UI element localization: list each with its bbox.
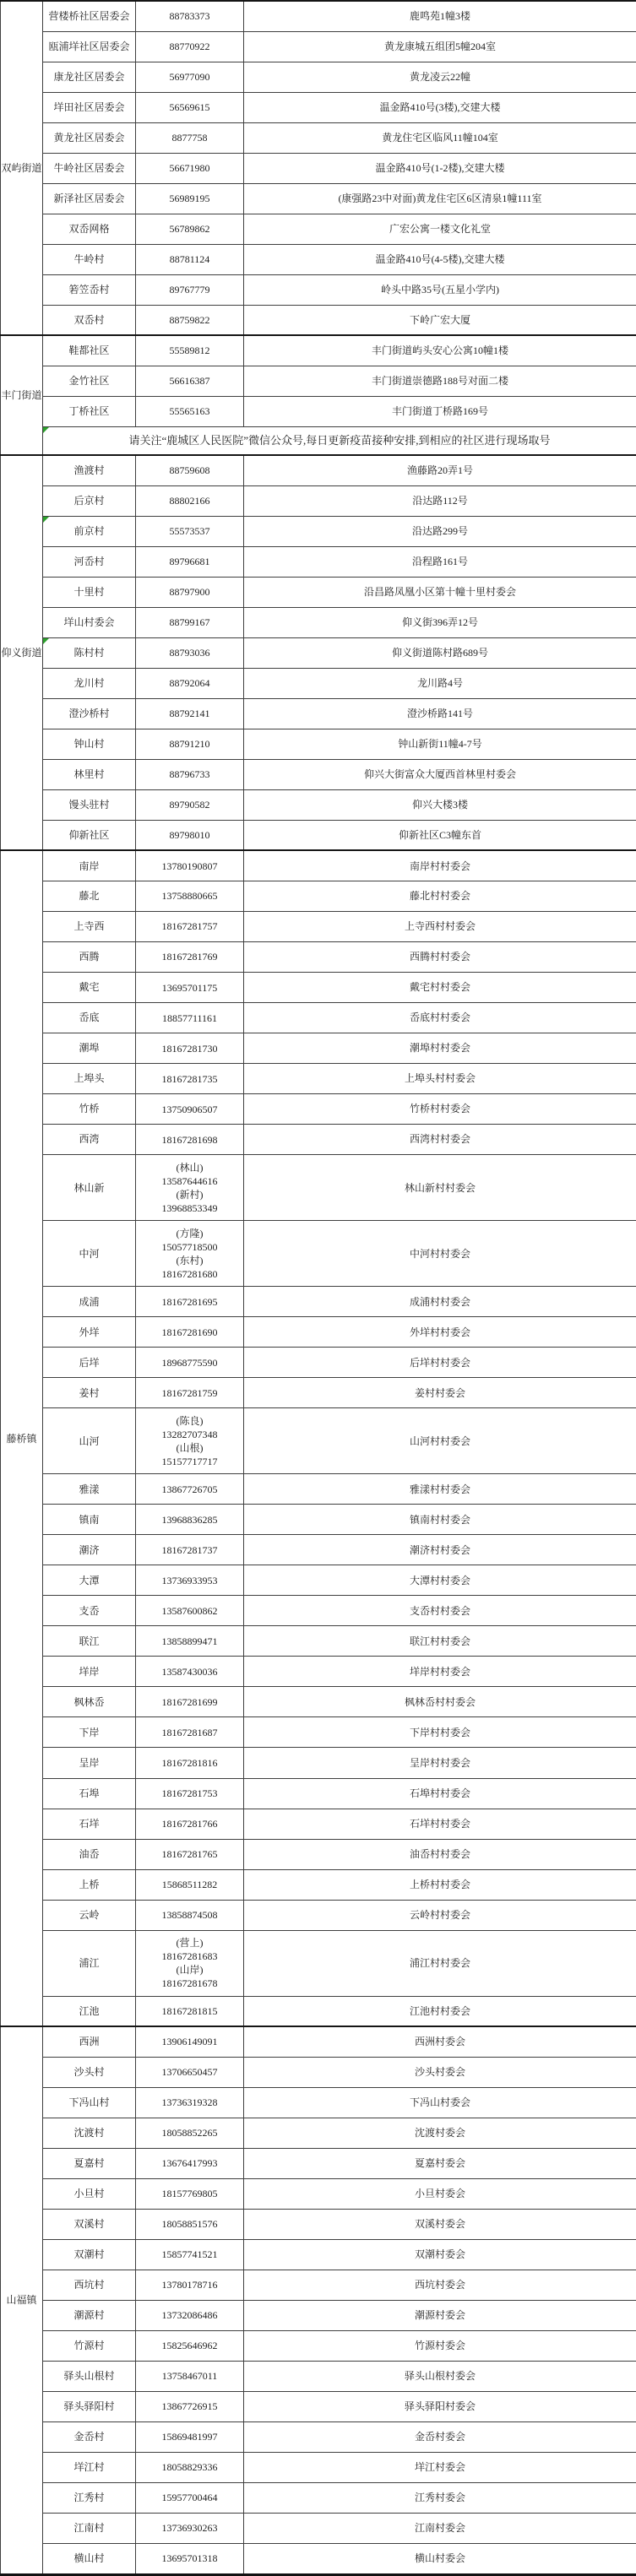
error-indicator-triangle-icon bbox=[43, 517, 49, 523]
name-cell: 双岙网格 bbox=[43, 214, 136, 244]
table-row: 竹桥13750906507竹桥村村委会 bbox=[1, 1094, 636, 1125]
name-cell: 西坑村 bbox=[43, 2270, 136, 2300]
phone-cell: 18058851576 bbox=[136, 2209, 244, 2239]
table-row: 前京村55573537沿达路299号 bbox=[1, 516, 636, 546]
name-cell: 竹源村 bbox=[43, 2330, 136, 2361]
name-cell: 小旦村 bbox=[43, 2178, 136, 2209]
phone-cell: 88770922 bbox=[136, 31, 244, 62]
name-cell: 岙底 bbox=[43, 1003, 136, 1033]
vaccination-contact-sheet: 双屿街道营楼桥社区居委会88783373鹿鸣苑1幢3楼瓯浦垟社区居委会88770… bbox=[0, 0, 636, 2576]
table-row: 山河(陈良)13282707348(山根)15157717717山河村村委会 bbox=[1, 1408, 636, 1474]
phone-cell: 18167281769 bbox=[136, 941, 244, 972]
table-row: 藤北13758880665藤北村村委会 bbox=[1, 881, 636, 911]
table-row: 河岙村89796681沿程路161号 bbox=[1, 546, 636, 577]
phone-cell: 13867726915 bbox=[136, 2391, 244, 2421]
table-row: 丰门街道鞋都社区55589812丰门街道屿头安心公寓10幢1楼 bbox=[1, 335, 636, 366]
table-row: 仰新社区89798010仰新社区C3幢东首 bbox=[1, 820, 636, 850]
phone-cell: 18167281699 bbox=[136, 1687, 244, 1717]
name-cell: 江池 bbox=[43, 1996, 136, 2026]
phone-cell: 15825646962 bbox=[136, 2330, 244, 2361]
phone-cell: 13695701175 bbox=[136, 973, 244, 1003]
name-cell: 上寺西 bbox=[43, 911, 136, 941]
table-row: 新泽社区居委会56989195(康强路23中对面)黄龙住宅区6区清泉1幢111室 bbox=[1, 183, 636, 214]
name-cell: 上埠头 bbox=[43, 1064, 136, 1094]
address-cell: 温金路410号(1-2楼),交建大楼 bbox=[244, 153, 636, 183]
phone-cell: 56616387 bbox=[136, 366, 244, 396]
phone-cell: 18167281730 bbox=[136, 1033, 244, 1064]
address-cell: 上桥村村委会 bbox=[244, 1869, 636, 1900]
table-row: 瓯浦垟社区居委会88770922黄龙康城五组团5幢204室 bbox=[1, 31, 636, 62]
name-cell: 潮济 bbox=[43, 1535, 136, 1565]
name-cell: 大潭 bbox=[43, 1565, 136, 1596]
phone-cell: 88759608 bbox=[136, 455, 244, 485]
table-row: 垟山村委会88799167仰义街396弄12号 bbox=[1, 607, 636, 637]
address-cell: 石垟村村委会 bbox=[244, 1809, 636, 1839]
address-cell: 竹桥村村委会 bbox=[244, 1094, 636, 1125]
phone-cell: 89790582 bbox=[136, 789, 244, 820]
table-row: 支岙13587600862支岙村村委会 bbox=[1, 1596, 636, 1626]
address-cell: 姜村村委会 bbox=[244, 1378, 636, 1408]
phone-cell: (营上)18167281683(山岸)18167281678 bbox=[136, 1930, 244, 1996]
table-row: 横山村13695701318横山村委会 bbox=[1, 2543, 636, 2574]
address-cell: 黄龙凌云22幢 bbox=[244, 62, 636, 92]
table-row: 岙底18857711161岙底村村委会 bbox=[1, 1003, 636, 1033]
phone-cell: 88781124 bbox=[136, 244, 244, 274]
phone-cell: 13587600862 bbox=[136, 1596, 244, 1626]
table-row: 江南村13736930263江南村委会 bbox=[1, 2513, 636, 2543]
name-cell: 鞋都社区 bbox=[43, 335, 136, 366]
table-row: 戴宅13695701175戴宅村村委会 bbox=[1, 973, 636, 1003]
address-cell: 仰新社区C3幢东首 bbox=[244, 820, 636, 850]
name-cell: 垟岸 bbox=[43, 1657, 136, 1687]
table-row: 西坑村13780178716西坑村委会 bbox=[1, 2270, 636, 2300]
table-row: 外垟18167281690外垟村村委会 bbox=[1, 1317, 636, 1348]
table-row: 潮济18167281737潮济村村委会 bbox=[1, 1535, 636, 1565]
address-cell: 大潭村村委会 bbox=[244, 1565, 636, 1596]
address-cell: 驿头山根村委会 bbox=[244, 2361, 636, 2391]
phone-cell: 89767779 bbox=[136, 274, 244, 305]
name-cell: 横山村 bbox=[43, 2543, 136, 2574]
address-cell: 潮埠村村委会 bbox=[244, 1033, 636, 1064]
phone-cell: 15869481997 bbox=[136, 2421, 244, 2452]
address-cell: 钟山新街11幢4-7号 bbox=[244, 729, 636, 759]
phone-cell: (林山)13587644616(新村)13968853349 bbox=[136, 1155, 244, 1221]
phone-cell: 13732086486 bbox=[136, 2300, 244, 2330]
name-cell: 十里村 bbox=[43, 577, 136, 607]
phone-cell: 88797900 bbox=[136, 577, 244, 607]
name-cell: 牛岭村 bbox=[43, 244, 136, 274]
name-cell: 江南村 bbox=[43, 2513, 136, 2543]
address-cell: 浦江村村委会 bbox=[244, 1930, 636, 1996]
name-cell: 牛岭社区居委会 bbox=[43, 153, 136, 183]
table-row: 后京村88802166沿达路112号 bbox=[1, 485, 636, 516]
address-cell: 驿头驿阳村委会 bbox=[244, 2391, 636, 2421]
table-row: 垟田社区居委会56569615温金路410号(3楼),交建大楼 bbox=[1, 92, 636, 122]
phone-cell: 13758880665 bbox=[136, 881, 244, 911]
address-cell: 沿昌路凤凰小区第十幢十里村委会 bbox=[244, 577, 636, 607]
table-row: 竹源村15825646962竹源村委会 bbox=[1, 2330, 636, 2361]
name-cell: 竹桥 bbox=[43, 1094, 136, 1125]
name-cell: 垟田社区居委会 bbox=[43, 92, 136, 122]
phone-cell: 18167281695 bbox=[136, 1287, 244, 1317]
group-cell: 丰门街道 bbox=[1, 335, 43, 455]
address-cell: 温金路410号(4-5楼),交建大楼 bbox=[244, 244, 636, 274]
address-cell: 沈渡村委会 bbox=[244, 2118, 636, 2148]
table-row: 姜村18167281759姜村村委会 bbox=[1, 1378, 636, 1408]
address-cell: 上埠头村村委会 bbox=[244, 1064, 636, 1094]
table-row: 江池18167281815江池村村委会 bbox=[1, 1996, 636, 2026]
address-cell: 丰门街道屿头安心公寓10幢1楼 bbox=[244, 335, 636, 366]
address-cell: 云岭村村委会 bbox=[244, 1900, 636, 1930]
table-row: 后垟18968775590后垟村村委会 bbox=[1, 1348, 636, 1378]
name-cell: 西湾 bbox=[43, 1125, 136, 1155]
name-cell: 渔渡村 bbox=[43, 455, 136, 485]
table-row: 沈渡村18058852265沈渡村委会 bbox=[1, 2118, 636, 2148]
table-row: 龙川村88792064龙川路4号 bbox=[1, 668, 636, 698]
address-cell: 下岸村村委会 bbox=[244, 1717, 636, 1748]
phone-cell: 13736933953 bbox=[136, 1565, 244, 1596]
table-row: 垟江村18058829336垟江村委会 bbox=[1, 2452, 636, 2482]
phone-cell: 13736930263 bbox=[136, 2513, 244, 2543]
table-row: 西腾18167281769西腾村村委会 bbox=[1, 941, 636, 972]
name-cell: 沈渡村 bbox=[43, 2118, 136, 2148]
name-cell: 石垟 bbox=[43, 1809, 136, 1839]
table-row: 钟山村88791210钟山新街11幢4-7号 bbox=[1, 729, 636, 759]
table-row: 小旦村18157769805小旦村委会 bbox=[1, 2178, 636, 2209]
address-cell: 油岙村村委会 bbox=[244, 1839, 636, 1869]
table-row: 双岙村88759822下岭广宏大厦 bbox=[1, 305, 636, 335]
error-indicator-triangle-icon bbox=[43, 638, 49, 644]
table-row: 油岙18167281765油岙村村委会 bbox=[1, 1839, 636, 1869]
phone-cell: 13780190807 bbox=[136, 850, 244, 881]
address-cell: 竹源村委会 bbox=[244, 2330, 636, 2361]
phone-cell: 18167281815 bbox=[136, 1996, 244, 2026]
name-cell: 后垟 bbox=[43, 1348, 136, 1378]
table-row: 镇南13968836285镇南村村委会 bbox=[1, 1505, 636, 1535]
name-cell: 箬笠岙村 bbox=[43, 274, 136, 305]
table-row: 中河(方隆)15057718500(东村)18167281680中河村村委会 bbox=[1, 1221, 636, 1287]
table-row: 驿头山根村13758467011驿头山根村委会 bbox=[1, 2361, 636, 2391]
address-cell: 鹿鸣苑1幢3楼 bbox=[244, 1, 636, 31]
address-cell: 下岭广宏大厦 bbox=[244, 305, 636, 335]
name-cell: 垟山村委会 bbox=[43, 607, 136, 637]
table-row: 箬笠岙村89767779岭头中路35号(五星小学内) bbox=[1, 274, 636, 305]
phone-cell: 88792141 bbox=[136, 698, 244, 729]
table-row: 林里村88796733仰兴大街富众大厦西首林里村委会 bbox=[1, 759, 636, 789]
address-cell: 岙底村村委会 bbox=[244, 1003, 636, 1033]
address-cell: 枫林岙村村委会 bbox=[244, 1687, 636, 1717]
name-cell: 驿头山根村 bbox=[43, 2361, 136, 2391]
table-row: 成浦18167281695成浦村村委会 bbox=[1, 1287, 636, 1317]
address-cell: 丰门街道丁桥路169号 bbox=[244, 396, 636, 426]
name-cell: 支岙 bbox=[43, 1596, 136, 1626]
phone-cell: 18167281816 bbox=[136, 1748, 244, 1778]
name-cell: 双潮村 bbox=[43, 2239, 136, 2270]
address-cell: 温金路410号(3楼),交建大楼 bbox=[244, 92, 636, 122]
address-cell: 江南村委会 bbox=[244, 2513, 636, 2543]
phone-cell: 13736319328 bbox=[136, 2087, 244, 2118]
address-cell: 藤北村村委会 bbox=[244, 881, 636, 911]
name-cell: 沙头村 bbox=[43, 2057, 136, 2087]
table-row: 西湾18167281698西湾村村委会 bbox=[1, 1125, 636, 1155]
table-row: 夏嘉村13676417993夏嘉村委会 bbox=[1, 2148, 636, 2178]
name-cell: 澄沙桥村 bbox=[43, 698, 136, 729]
name-cell: 藤北 bbox=[43, 881, 136, 911]
name-cell: 驿头驿阳村 bbox=[43, 2391, 136, 2421]
name-cell: 雅漾 bbox=[43, 1474, 136, 1505]
table-row: 金岙村15869481997金岙村委会 bbox=[1, 2421, 636, 2452]
phone-cell: 18167281766 bbox=[136, 1809, 244, 1839]
phone-cell: 18058852265 bbox=[136, 2118, 244, 2148]
phone-cell: 18167281737 bbox=[136, 1535, 244, 1565]
name-cell: 营楼桥社区居委会 bbox=[43, 1, 136, 31]
table-row: 陈村村88793036仰义街道陈村路689号 bbox=[1, 637, 636, 668]
address-cell: 仰兴大街富众大厦西首林里村委会 bbox=[244, 759, 636, 789]
address-cell: 西腾村村委会 bbox=[244, 941, 636, 972]
phone-cell: 15868511282 bbox=[136, 1869, 244, 1900]
name-cell: 龙川村 bbox=[43, 668, 136, 698]
name-cell: 钟山村 bbox=[43, 729, 136, 759]
name-cell: 新泽社区居委会 bbox=[43, 183, 136, 214]
address-cell: 石埠村村委会 bbox=[244, 1778, 636, 1809]
table-row: 牛岭村88781124温金路410号(4-5楼),交建大楼 bbox=[1, 244, 636, 274]
phone-cell: 18157769805 bbox=[136, 2178, 244, 2209]
address-cell: 上寺西村村委会 bbox=[244, 911, 636, 941]
name-cell: 潮埠 bbox=[43, 1033, 136, 1064]
name-cell: 山河 bbox=[43, 1408, 136, 1474]
address-cell: 雅漾村村委会 bbox=[244, 1474, 636, 1505]
address-cell: 双潮村委会 bbox=[244, 2239, 636, 2270]
address-cell: 镇南村村委会 bbox=[244, 1505, 636, 1535]
phone-cell: 88799167 bbox=[136, 607, 244, 637]
phone-cell: 88796733 bbox=[136, 759, 244, 789]
name-cell: 枫林岙 bbox=[43, 1687, 136, 1717]
address-cell: 金岙村委会 bbox=[244, 2421, 636, 2452]
phone-cell: 56671980 bbox=[136, 153, 244, 183]
address-cell: 外垟村村委会 bbox=[244, 1317, 636, 1348]
name-cell: 金竹社区 bbox=[43, 366, 136, 396]
address-cell: 双溪村委会 bbox=[244, 2209, 636, 2239]
phone-cell: 13968836285 bbox=[136, 1505, 244, 1535]
phone-cell: (陈良)13282707348(山根)15157717717 bbox=[136, 1408, 244, 1474]
address-cell: 沿达路299号 bbox=[244, 516, 636, 546]
phone-cell: 13858874508 bbox=[136, 1900, 244, 1930]
table-row: 康龙社区居委会56977090黄龙凌云22幢 bbox=[1, 62, 636, 92]
table-row: 上埠头18167281735上埠头村村委会 bbox=[1, 1064, 636, 1094]
name-cell: 油岙 bbox=[43, 1839, 136, 1869]
table-row: 潮源村13732086486潮源村委会 bbox=[1, 2300, 636, 2330]
address-cell: 澄沙桥路141号 bbox=[244, 698, 636, 729]
table-row: 仰义街道渔渡村88759608渔藤路20弄1号 bbox=[1, 455, 636, 485]
table-row: 双溪村18058851576双溪村委会 bbox=[1, 2209, 636, 2239]
name-cell: 黄龙社区居委会 bbox=[43, 122, 136, 153]
name-cell: 浦江 bbox=[43, 1930, 136, 1996]
address-cell: 仰义街396弄12号 bbox=[244, 607, 636, 637]
address-cell: 沿达路112号 bbox=[244, 485, 636, 516]
address-cell: 西坑村委会 bbox=[244, 2270, 636, 2300]
phone-cell: 15857741521 bbox=[136, 2239, 244, 2270]
phone-cell: 18167281690 bbox=[136, 1317, 244, 1348]
directory-table: 双屿街道营楼桥社区居委会88783373鹿鸣苑1幢3楼瓯浦垟社区居委会88770… bbox=[0, 0, 636, 2576]
table-row: 藤桥镇南岸13780190807南岸村村委会 bbox=[1, 850, 636, 881]
address-cell: (康强路23中对面)黄龙住宅区6区清泉1幢111室 bbox=[244, 183, 636, 214]
table-row: 丁桥社区55565163丰门街道丁桥路169号 bbox=[1, 396, 636, 426]
table-row: 山福镇西洲13906149091西洲村委会 bbox=[1, 2026, 636, 2057]
table-row: 云岭13858874508云岭村村委会 bbox=[1, 1900, 636, 1930]
table-row: 下岸18167281687下岸村村委会 bbox=[1, 1717, 636, 1748]
name-cell: 夏嘉村 bbox=[43, 2148, 136, 2178]
name-cell: 瓯浦垟社区居委会 bbox=[43, 31, 136, 62]
address-cell: 横山村委会 bbox=[244, 2543, 636, 2574]
note-row: 请关注“鹿城区人民医院”微信公众号,每日更新疫苗接种安排,到相应的社区进行现场取… bbox=[1, 426, 636, 455]
name-cell: 潮源村 bbox=[43, 2300, 136, 2330]
phone-cell: 15957700464 bbox=[136, 2482, 244, 2513]
address-cell: 丰门街道崇德路188号对面二楼 bbox=[244, 366, 636, 396]
phone-cell: 88793036 bbox=[136, 637, 244, 668]
table-body: 双屿街道营楼桥社区居委会88783373鹿鸣苑1幢3楼瓯浦垟社区居委会88770… bbox=[1, 1, 636, 2575]
name-cell: 西洲 bbox=[43, 2026, 136, 2057]
phone-cell: 8877758 bbox=[136, 122, 244, 153]
name-cell: 镇南 bbox=[43, 1505, 136, 1535]
phone-cell: 88791210 bbox=[136, 729, 244, 759]
phone-cell: 13706650457 bbox=[136, 2057, 244, 2087]
table-row: 潮埠18167281730潮埠村村委会 bbox=[1, 1033, 636, 1064]
address-cell: 下冯山村委会 bbox=[244, 2087, 636, 2118]
name-cell: 双岙村 bbox=[43, 305, 136, 335]
phone-cell: 88792064 bbox=[136, 668, 244, 698]
address-cell: 中河村村委会 bbox=[244, 1221, 636, 1287]
phone-cell: 18167281759 bbox=[136, 1378, 244, 1408]
table-row: 大潭13736933953大潭村村委会 bbox=[1, 1565, 636, 1596]
phone-cell: 18857711161 bbox=[136, 1003, 244, 1033]
error-indicator-triangle-icon bbox=[43, 427, 49, 433]
table-row: 江秀村15957700464江秀村委会 bbox=[1, 2482, 636, 2513]
phone-cell: 18167281765 bbox=[136, 1839, 244, 1869]
address-cell: 联江村村委会 bbox=[244, 1626, 636, 1657]
phone-cell: (方隆)15057718500(东村)18167281680 bbox=[136, 1221, 244, 1287]
address-cell: 呈岸村村委会 bbox=[244, 1748, 636, 1778]
table-row: 双潮村15857741521双潮村委会 bbox=[1, 2239, 636, 2270]
address-cell: 支岙村村委会 bbox=[244, 1596, 636, 1626]
name-cell: 联江 bbox=[43, 1626, 136, 1657]
group-cell: 山福镇 bbox=[1, 2026, 43, 2574]
table-row: 石垟18167281766石垟村村委会 bbox=[1, 1809, 636, 1839]
phone-cell: 13676417993 bbox=[136, 2148, 244, 2178]
phone-cell: 89798010 bbox=[136, 820, 244, 850]
address-cell: 后垟村村委会 bbox=[244, 1348, 636, 1378]
name-cell: 仰新社区 bbox=[43, 820, 136, 850]
table-row: 垟岸13587430036垟岸村村委会 bbox=[1, 1657, 636, 1687]
name-cell: 垟江村 bbox=[43, 2452, 136, 2482]
address-cell: 潮源村委会 bbox=[244, 2300, 636, 2330]
address-cell: 广宏公寓一楼文化礼堂 bbox=[244, 214, 636, 244]
name-cell: 西腾 bbox=[43, 941, 136, 972]
phone-cell: 18968775590 bbox=[136, 1348, 244, 1378]
table-row: 下冯山村13736319328下冯山村委会 bbox=[1, 2087, 636, 2118]
phone-cell: 13695701318 bbox=[136, 2543, 244, 2574]
table-row: 呈岸18167281816呈岸村村委会 bbox=[1, 1748, 636, 1778]
phone-cell: 56569615 bbox=[136, 92, 244, 122]
phone-cell: 13906149091 bbox=[136, 2026, 244, 2057]
phone-cell: 55565163 bbox=[136, 396, 244, 426]
phone-cell: 88759822 bbox=[136, 305, 244, 335]
phone-cell: 88783373 bbox=[136, 1, 244, 31]
name-cell: 林里村 bbox=[43, 759, 136, 789]
note-cell: 请关注“鹿城区人民医院”微信公众号,每日更新疫苗接种安排,到相应的社区进行现场取… bbox=[43, 426, 636, 455]
name-cell: 后京村 bbox=[43, 485, 136, 516]
address-cell: 垟岸村村委会 bbox=[244, 1657, 636, 1687]
name-cell: 双溪村 bbox=[43, 2209, 136, 2239]
name-cell: 前京村 bbox=[43, 516, 136, 546]
address-cell: 岭头中路35号(五星小学内) bbox=[244, 274, 636, 305]
table-row: 浦江(营上)18167281683(山岸)18167281678浦江村村委会 bbox=[1, 1930, 636, 1996]
phone-cell: 13758467011 bbox=[136, 2361, 244, 2391]
name-cell: 林山新 bbox=[43, 1155, 136, 1221]
phone-cell: 18167281753 bbox=[136, 1778, 244, 1809]
name-cell: 中河 bbox=[43, 1221, 136, 1287]
address-cell: 西洲村委会 bbox=[244, 2026, 636, 2057]
group-cell: 仰义街道 bbox=[1, 455, 43, 850]
address-cell: 龙川路4号 bbox=[244, 668, 636, 698]
address-cell: 戴宅村村委会 bbox=[244, 973, 636, 1003]
address-cell: 成浦村村委会 bbox=[244, 1287, 636, 1317]
name-cell: 康龙社区居委会 bbox=[43, 62, 136, 92]
phone-cell: 89796681 bbox=[136, 546, 244, 577]
table-row: 双岙网格56789862广宏公寓一楼文化礼堂 bbox=[1, 214, 636, 244]
name-cell: 上桥 bbox=[43, 1869, 136, 1900]
phone-cell: 18167281698 bbox=[136, 1125, 244, 1155]
address-cell: 仰义街道陈村路689号 bbox=[244, 637, 636, 668]
table-row: 上寺西18167281757上寺西村村委会 bbox=[1, 911, 636, 941]
table-row: 驿头驿阳村13867726915驿头驿阳村委会 bbox=[1, 2391, 636, 2421]
phone-cell: 13867726705 bbox=[136, 1474, 244, 1505]
table-row: 上桥15868511282上桥村村委会 bbox=[1, 1869, 636, 1900]
table-row: 石埠18167281753石埠村村委会 bbox=[1, 1778, 636, 1809]
phone-cell: 56989195 bbox=[136, 183, 244, 214]
table-row: 牛岭社区居委会56671980温金路410号(1-2楼),交建大楼 bbox=[1, 153, 636, 183]
address-cell: 夏嘉村委会 bbox=[244, 2148, 636, 2178]
address-cell: 沙头村委会 bbox=[244, 2057, 636, 2087]
address-cell: 山河村村委会 bbox=[244, 1408, 636, 1474]
name-cell: 江秀村 bbox=[43, 2482, 136, 2513]
table-row: 枫林岙18167281699枫林岙村村委会 bbox=[1, 1687, 636, 1717]
name-cell: 下冯山村 bbox=[43, 2087, 136, 2118]
phone-cell: 55589812 bbox=[136, 335, 244, 366]
table-row: 雅漾13867726705雅漾村村委会 bbox=[1, 1474, 636, 1505]
table-row: 林山新(林山)13587644616(新村)13968853349林山新村村委会 bbox=[1, 1155, 636, 1221]
phone-cell: 56977090 bbox=[136, 62, 244, 92]
name-cell: 陈村村 bbox=[43, 637, 136, 668]
name-cell: 丁桥社区 bbox=[43, 396, 136, 426]
table-row: 沙头村13706650457沙头村委会 bbox=[1, 2057, 636, 2087]
phone-cell: 18058829336 bbox=[136, 2452, 244, 2482]
name-cell: 姜村 bbox=[43, 1378, 136, 1408]
group-cell: 藤桥镇 bbox=[1, 850, 43, 2026]
table-row: 馒头驻村89790582仰兴大楼3楼 bbox=[1, 789, 636, 820]
name-cell: 南岸 bbox=[43, 850, 136, 881]
table-row: 金竹社区56616387丰门街道崇德路188号对面二楼 bbox=[1, 366, 636, 396]
phone-cell: 18167281735 bbox=[136, 1064, 244, 1094]
address-cell: 西湾村村委会 bbox=[244, 1125, 636, 1155]
address-cell: 林山新村村委会 bbox=[244, 1155, 636, 1221]
name-cell: 呈岸 bbox=[43, 1748, 136, 1778]
address-cell: 南岸村村委会 bbox=[244, 850, 636, 881]
name-cell: 下岸 bbox=[43, 1717, 136, 1748]
phone-cell: 13750906507 bbox=[136, 1094, 244, 1125]
phone-cell: 88802166 bbox=[136, 485, 244, 516]
phone-cell: 56789862 bbox=[136, 214, 244, 244]
name-cell: 河岙村 bbox=[43, 546, 136, 577]
